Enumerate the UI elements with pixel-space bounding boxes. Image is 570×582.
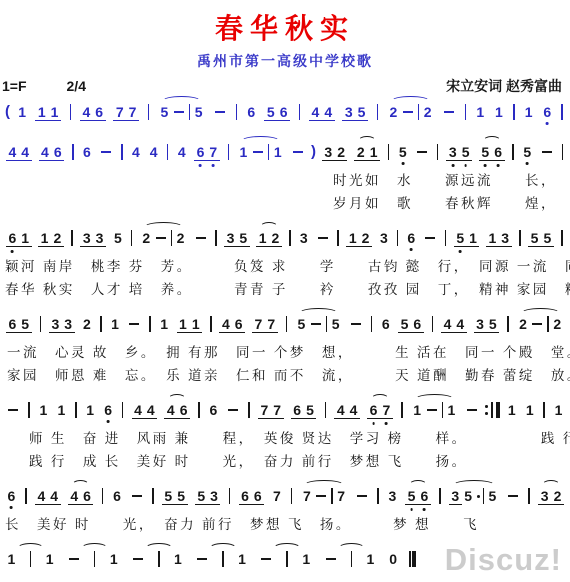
note: 1 xyxy=(300,551,313,567)
duration-dash xyxy=(532,323,542,325)
note: 4 xyxy=(322,104,335,120)
tied-barline xyxy=(28,551,34,567)
note: 5 xyxy=(486,316,499,332)
key-signature: 1=F xyxy=(2,78,27,95)
barline xyxy=(562,144,564,160)
note: 5 xyxy=(162,488,175,504)
slur-group: 22 xyxy=(140,230,187,246)
note: 6 xyxy=(6,316,19,332)
music-line-7: 11111110 xyxy=(3,542,419,575)
note: 3 xyxy=(80,230,93,246)
beam-group: 77 xyxy=(252,316,278,333)
slur-group: 67 xyxy=(367,402,393,419)
slur-group: 355 xyxy=(449,488,499,505)
note: 1 xyxy=(35,104,48,120)
barline xyxy=(397,230,399,246)
note: 5 xyxy=(111,230,124,246)
slur-group: 12 xyxy=(256,230,282,247)
note: 4 xyxy=(48,488,61,504)
barline xyxy=(100,316,102,332)
note: 4 xyxy=(164,402,177,418)
note: 5 xyxy=(329,316,342,332)
barline xyxy=(229,488,231,504)
beam-group: 33 xyxy=(80,230,106,247)
discuz-watermark: Discuz! xyxy=(445,542,562,578)
note: 3 xyxy=(538,488,551,504)
note: 1 xyxy=(474,104,487,120)
note: 5 xyxy=(355,104,368,120)
beam-group: 61 xyxy=(6,230,32,247)
barline xyxy=(377,488,379,504)
note: 4 xyxy=(309,104,322,120)
barline xyxy=(25,488,27,504)
note: 7 xyxy=(252,316,265,332)
barline xyxy=(371,316,373,332)
note: 4 xyxy=(132,402,145,418)
note: 1 xyxy=(37,402,50,418)
lyric-row: 师 生 奋 进 风雨 兼 程， 英俊 贤达 学习 榜 样。 践 行 成 xyxy=(29,427,567,450)
barline xyxy=(442,402,444,418)
lyric-row: 颖河 南岸 桃李 芬 芳。 负笈 求 学 古钧 懿 行， 同源 一流 同源 xyxy=(5,255,567,278)
note: 7 xyxy=(380,402,393,418)
barline xyxy=(94,551,96,567)
note: 6 xyxy=(51,144,64,160)
barline xyxy=(418,104,420,120)
barline xyxy=(122,402,124,418)
note: 1 xyxy=(346,230,359,246)
barline xyxy=(248,402,250,418)
parenthesis: ) xyxy=(311,144,316,160)
note: 1 xyxy=(522,104,535,120)
note: 3 xyxy=(224,230,237,246)
slur-group: 22 xyxy=(387,104,434,120)
tied-barline xyxy=(349,551,355,567)
system-6: 64446655536677735635532 长 美好 时 光， 奋力 前行 … xyxy=(3,479,567,536)
system-1: (1114677556564435221116 xyxy=(3,95,567,129)
lyric-row: 一流 心灵 故 乡。 拥 有那 同一 个梦 想， 生 活在 同一 个殿 堂。 xyxy=(7,341,567,364)
barline xyxy=(71,230,73,246)
barline xyxy=(236,104,238,120)
note: 1 xyxy=(236,551,249,567)
beam-group: 12 xyxy=(346,230,372,247)
note: 1 xyxy=(38,230,51,246)
slur-group: 22 xyxy=(517,316,564,332)
note: 2 xyxy=(354,144,367,160)
note: 1 xyxy=(158,316,171,332)
lyric-row: 时光如 水 源远流 长， xyxy=(333,169,567,192)
note: 2 xyxy=(51,230,64,246)
note: 3 xyxy=(93,230,106,246)
beam-group: 46 xyxy=(80,104,106,121)
barline xyxy=(158,551,160,567)
duration-dash xyxy=(508,495,518,497)
note: 4 xyxy=(147,144,160,160)
duration-dash xyxy=(196,237,206,239)
note: 7 xyxy=(300,488,313,504)
note: 6 xyxy=(541,104,554,120)
note: 4 xyxy=(334,402,347,418)
note: 6 xyxy=(6,230,19,246)
beam-group: 11 xyxy=(177,316,203,333)
note: 1 xyxy=(367,144,380,160)
note: 5 xyxy=(175,488,188,504)
note: 3 xyxy=(386,488,399,504)
note: 6 xyxy=(277,104,290,120)
beam-group: 53 xyxy=(195,488,221,505)
beam-group: 44 xyxy=(6,144,32,161)
note: 1 xyxy=(364,551,377,567)
note: 3 xyxy=(499,230,512,246)
note: 6 xyxy=(177,402,190,418)
duration-dash xyxy=(156,237,166,239)
barline xyxy=(507,316,509,332)
barline xyxy=(286,551,288,567)
note: 5 xyxy=(528,230,541,246)
note: 6 xyxy=(80,144,93,160)
music-line-2: 444664446711)3221535565 xyxy=(3,135,567,169)
slur-group: 77 xyxy=(300,488,347,504)
barline xyxy=(512,144,514,160)
barline xyxy=(152,488,154,504)
beam-group: 33 xyxy=(49,316,75,333)
repeat-dots xyxy=(485,405,488,415)
note: 6 xyxy=(405,230,418,246)
barline xyxy=(351,551,353,567)
barline xyxy=(131,230,133,246)
beam-group: 56 xyxy=(264,104,290,121)
note: 6 xyxy=(367,402,380,418)
note: 1 xyxy=(486,230,499,246)
note: 6 xyxy=(93,104,106,120)
note: 6 xyxy=(418,488,431,504)
duration-dash xyxy=(316,495,326,497)
note: 2 xyxy=(387,104,400,120)
beam-group: 35 xyxy=(224,230,250,247)
note: 4 xyxy=(130,144,143,160)
system-5: 1116444667765446711111 师 生 奋 进 风雨 兼 程， 英… xyxy=(3,393,567,473)
barline xyxy=(465,104,467,120)
music-line-1: (1114677556564435221116 xyxy=(3,95,567,129)
note: 5 xyxy=(462,488,475,504)
note: 7 xyxy=(126,104,139,120)
note: 6 xyxy=(251,488,264,504)
duration-dash xyxy=(8,409,18,411)
barline xyxy=(40,316,42,332)
barline xyxy=(445,230,447,246)
note: 4 xyxy=(19,144,32,160)
note: 2 xyxy=(551,488,564,504)
beam-group: 55 xyxy=(162,488,188,505)
barline xyxy=(286,316,288,332)
tied-barline xyxy=(220,551,226,567)
slur-group: 11 xyxy=(411,402,458,418)
music-line-3: 611233522351231236511355 xyxy=(3,221,567,255)
note: 2 xyxy=(517,316,530,332)
note: 6 xyxy=(492,144,505,160)
duration-dash xyxy=(326,558,336,560)
note: 5 xyxy=(541,230,554,246)
barline xyxy=(102,488,104,504)
barline xyxy=(121,144,123,160)
note: 5 xyxy=(479,144,492,160)
barline xyxy=(528,488,530,504)
barline xyxy=(513,104,515,120)
note: 6 xyxy=(194,144,207,160)
note: 7 xyxy=(207,144,220,160)
note: 1 xyxy=(467,230,480,246)
note: 7 xyxy=(265,316,278,332)
barline xyxy=(228,144,230,160)
final-barline xyxy=(409,551,416,567)
note: 4 xyxy=(144,402,157,418)
beam-group: 44 xyxy=(132,402,158,419)
note: 6 xyxy=(81,488,94,504)
duration-dash xyxy=(417,151,427,153)
note: 6 xyxy=(379,316,392,332)
beam-group: 11 xyxy=(35,104,61,121)
barline xyxy=(268,144,270,160)
note: 6 xyxy=(207,402,220,418)
duration-dash xyxy=(403,111,413,113)
note: 5 xyxy=(398,316,411,332)
note: 2 xyxy=(551,316,564,332)
slur-group: 56 xyxy=(479,144,505,161)
slur-group: 21 xyxy=(354,144,380,161)
note: 7 xyxy=(271,488,284,504)
duration-dash xyxy=(542,151,552,153)
barline xyxy=(401,402,403,418)
beam-group: 55 xyxy=(528,230,554,247)
note: 4 xyxy=(175,144,188,160)
note: 1 xyxy=(5,551,18,567)
barline xyxy=(215,230,217,246)
duration-dash xyxy=(215,111,225,113)
tied-barline xyxy=(284,551,290,567)
beam-group: 35 xyxy=(342,104,368,121)
barline xyxy=(337,230,339,246)
parenthesis: ( xyxy=(5,104,10,120)
slur-group: 32 xyxy=(538,488,564,505)
duration-dash xyxy=(311,323,321,325)
augmentation-dot xyxy=(477,495,480,498)
note: 1 xyxy=(237,144,250,160)
barline xyxy=(547,316,549,332)
barline xyxy=(519,230,521,246)
note: 3 xyxy=(342,104,355,120)
note: 5 xyxy=(405,488,418,504)
note: 3 xyxy=(378,230,391,246)
lyric-row: 岁月如 歌 春秋辉 煌， xyxy=(333,192,567,215)
barline xyxy=(483,488,485,504)
note: 1 xyxy=(107,551,120,567)
note: 2 xyxy=(140,230,153,246)
lyric-row: 长 美好 时 光， 奋力 前行 梦想 飞 扬。 梦 想 飞 扬。 xyxy=(5,513,567,536)
note: 6 xyxy=(245,104,258,120)
note: 6 xyxy=(291,402,304,418)
beam-group: 56 xyxy=(398,316,424,333)
note: 1 xyxy=(189,316,202,332)
barline xyxy=(561,230,563,246)
note: 4 xyxy=(6,144,19,160)
note: 5 xyxy=(158,104,171,120)
beam-group: 65 xyxy=(291,402,317,419)
note: 7 xyxy=(335,488,348,504)
beam-group: 77 xyxy=(258,402,284,419)
credits: 宋立安词 赵秀富曲 xyxy=(446,78,562,95)
barline xyxy=(561,104,563,120)
note: 6 xyxy=(232,316,245,332)
duration-dash xyxy=(253,151,263,153)
note: 5 xyxy=(454,230,467,246)
note: 1 xyxy=(492,104,505,120)
slur-group: 55 xyxy=(158,104,205,120)
note: 4 xyxy=(347,402,360,418)
note: 3 xyxy=(49,316,62,332)
note: 5 xyxy=(486,488,499,504)
barline xyxy=(198,402,200,418)
system-4: 653321111467755656443522 一流 心灵 故 乡。 拥 有那… xyxy=(3,307,567,387)
note: 4 xyxy=(454,316,467,332)
duration-dash xyxy=(228,409,238,411)
note: 1 xyxy=(43,551,56,567)
note: 1 xyxy=(109,316,122,332)
duration-dash xyxy=(444,111,454,113)
note: 3 xyxy=(322,144,335,160)
slur-group: 46 xyxy=(164,402,190,419)
note: 1 xyxy=(55,402,68,418)
note: 1 xyxy=(523,402,536,418)
barline xyxy=(388,144,390,160)
beam-group: 32 xyxy=(322,144,348,161)
song-subtitle: 禹州市第一高级中学校歌 xyxy=(0,55,570,71)
note: 3 xyxy=(208,488,221,504)
barline xyxy=(289,230,291,246)
duration-dash xyxy=(69,558,79,560)
note: 2 xyxy=(174,230,187,246)
slur-group: 11 xyxy=(237,144,284,160)
note: 1 xyxy=(256,230,269,246)
note: 6 xyxy=(411,316,424,332)
note: 7 xyxy=(258,402,271,418)
note: 2 xyxy=(269,230,282,246)
note: 3 xyxy=(449,488,462,505)
note: 4 xyxy=(68,488,81,504)
beam-group: 51 xyxy=(454,230,480,247)
lyric-row: 践 行 成 长 美好 时 光， 奋力 前行 梦想 飞 扬。 xyxy=(29,450,567,473)
note: 5 xyxy=(264,104,277,120)
beam-group: 46 xyxy=(39,144,65,161)
beam-group: 67 xyxy=(194,144,220,161)
note: 5 xyxy=(237,230,250,246)
note: 1 xyxy=(84,402,97,418)
duration-dash xyxy=(427,409,437,411)
beam-group: 35 xyxy=(474,316,500,333)
beam-group: 35 xyxy=(446,144,472,161)
thick-barline xyxy=(412,551,416,567)
barline xyxy=(222,551,224,567)
note: 1 xyxy=(271,144,284,160)
slur-group: 55 xyxy=(295,316,342,332)
lyric-row: 家园 师恩 难 忘。 乐 道亲 仁和 而不 流， 天 道酬 勤春 蕾绽 放。 xyxy=(7,364,567,387)
beam-group: 44 xyxy=(309,104,335,121)
duration-dash xyxy=(101,151,111,153)
note: 1 xyxy=(48,104,61,120)
note: 5 xyxy=(192,104,205,120)
note: 5 xyxy=(459,144,472,160)
duration-dash xyxy=(197,558,207,560)
duration-dash xyxy=(133,558,143,560)
score-page: 春华秋实 禹州市第一高级中学校歌 1=F 2/4 宋立安词 赵秀富曲 (1114… xyxy=(0,0,570,582)
duration-dash xyxy=(129,323,139,325)
barline xyxy=(325,402,327,418)
note: 4 xyxy=(35,488,48,504)
barline xyxy=(437,144,439,160)
note: 3 xyxy=(297,230,310,246)
note: 5 xyxy=(396,144,409,160)
barline xyxy=(377,104,379,120)
barline xyxy=(75,402,77,418)
score-meta: 1=F 2/4 宋立安词 赵秀富曲 xyxy=(0,78,570,95)
barline xyxy=(70,104,72,120)
note: 2 xyxy=(359,230,372,246)
barline xyxy=(331,488,333,504)
note: 2 xyxy=(81,316,94,332)
note: 5 xyxy=(295,316,308,332)
slur-group: 56 xyxy=(405,488,431,505)
thick-barline xyxy=(496,402,500,418)
duration-dash xyxy=(318,237,328,239)
note: 3 xyxy=(62,316,75,332)
barline xyxy=(171,230,173,246)
thin-barline xyxy=(409,551,411,567)
barline xyxy=(72,144,74,160)
note: 6 xyxy=(102,402,115,418)
system-2: 444664446711)3221535565 时光如 水 源远流 长， 岁月如… xyxy=(3,135,567,215)
note: 5 xyxy=(19,316,32,332)
duration-dash xyxy=(357,495,367,497)
thin-barline xyxy=(491,402,493,418)
repeat-sign xyxy=(485,402,500,418)
duration-dash xyxy=(425,237,435,239)
note: 4 xyxy=(80,104,93,120)
tied-barline xyxy=(92,551,98,567)
beam-group: 44 xyxy=(441,316,467,333)
beam-group: 65 xyxy=(6,316,32,333)
note: 1 xyxy=(177,316,190,332)
beam-group: 46 xyxy=(219,316,245,333)
system-3: 611233522351231236511355 颖河 南岸 桃李 芬 芳。 负… xyxy=(3,221,567,301)
barline xyxy=(148,104,150,120)
music-line-5: 1116444667765446711111 xyxy=(3,393,567,427)
barline xyxy=(326,316,328,332)
music-line-6: 64446655536677735635532 xyxy=(3,479,567,513)
barline xyxy=(439,488,441,504)
note: 6 xyxy=(5,488,18,504)
barline xyxy=(30,551,32,567)
duration-dash xyxy=(261,558,271,560)
note: 3 xyxy=(446,144,459,160)
note: 7 xyxy=(271,402,284,418)
note: 2 xyxy=(421,104,434,120)
beam-group: 44 xyxy=(35,488,61,505)
note: 4 xyxy=(441,316,454,332)
note: 1 xyxy=(19,230,32,246)
note: 7 xyxy=(113,104,126,120)
music-line-4: 653321111467755656443522 xyxy=(3,307,567,341)
song-title: 春华秋实 xyxy=(0,14,570,44)
note: 1 xyxy=(505,402,518,418)
note: 3 xyxy=(474,316,487,332)
